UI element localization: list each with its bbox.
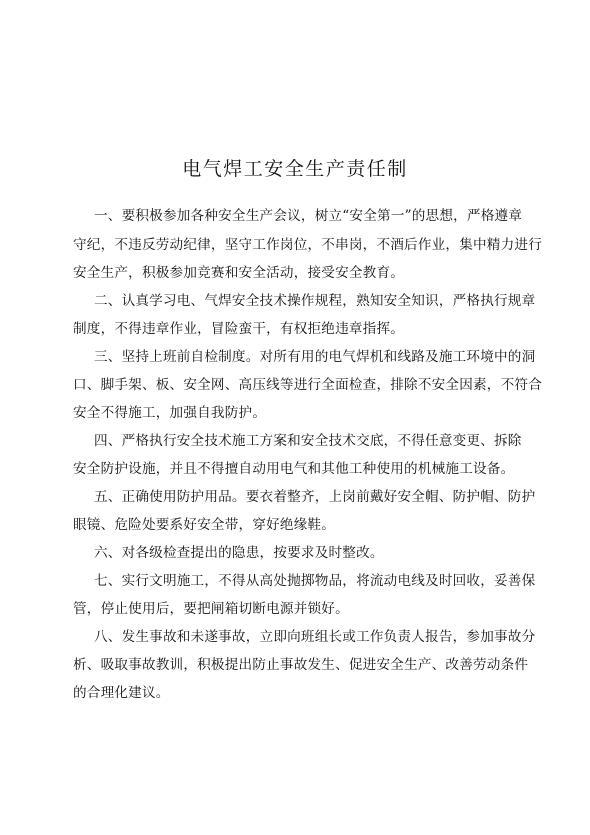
paragraph-4-line-1: 四、严格执行安全技术施工方案和安全技术交底，不得任意变更、拆除 xyxy=(94,432,522,450)
paragraph-2-line-2: 制度，不得违章作业，冒险蛮干，有权拒绝违章指挥。 xyxy=(73,320,404,338)
paragraph-6-line-1: 六、对各级检查提出的隐患，按要求及时整改。 xyxy=(94,544,384,562)
paragraph-3-line-1: 三、坚持上班前自检制度。对所有用的电气焊机和线路及施工环境中的洞 xyxy=(94,348,535,366)
paragraph-1-line-3: 安全生产，积极参加竞赛和安全活动，接受安全教育。 xyxy=(73,264,404,282)
paragraph-3-line-2: 口、脚手架、板、安全网、高压线等进行全面检查，排除不安全因素，不符合 xyxy=(73,376,542,394)
paragraph-8-line-2: 析、吸取事故教训，积极提出防止事故发生、促进安全生产、改善劳动条件 xyxy=(73,656,528,674)
paragraph-7-line-1: 七、实行文明施工，不得从高处抛掷物品，将流动电线及时回收，妥善保 xyxy=(94,572,535,590)
paragraph-8-line-1: 八、发生事故和未遂事故，立即向班组长或工作负责人报告，参加事故分 xyxy=(94,628,535,646)
paragraph-2-line-1: 二、认真学习电、气焊安全技术操作规程，熟知安全知识，严格执行规章 xyxy=(94,292,535,310)
paragraph-8-line-3: 的合理化建议。 xyxy=(73,684,170,702)
paragraph-3-line-3: 安全不得施工，加强自我防护。 xyxy=(73,404,266,422)
paragraph-5-line-1: 五、正确使用防护用品。要衣着整齐，上岗前戴好安全帽、防护帽、防护 xyxy=(94,488,535,506)
paragraph-4-line-2: 安全防护设施，并且不得擅自动用电气和其他工种使用的机械施工设备。 xyxy=(73,460,514,478)
paragraph-5-line-2: 眼镜、危险处要系好安全带，穿好绝缘鞋。 xyxy=(73,516,335,534)
document-title: 电气焊工安全生产责任制 xyxy=(0,154,590,181)
paragraph-7-line-2: 管，停止使用后，要把闸箱切断电源并锁好。 xyxy=(73,600,349,618)
paragraph-1-line-1: 一、要积极参加各种安全生产会议，树立“安全第一”的思想，严格遵章 xyxy=(94,207,522,225)
paragraph-1-line-2: 守纪，不违反劳动纪律，坚守工作岗位，不串岗，不酒后作业，集中精力进行 xyxy=(73,236,542,254)
